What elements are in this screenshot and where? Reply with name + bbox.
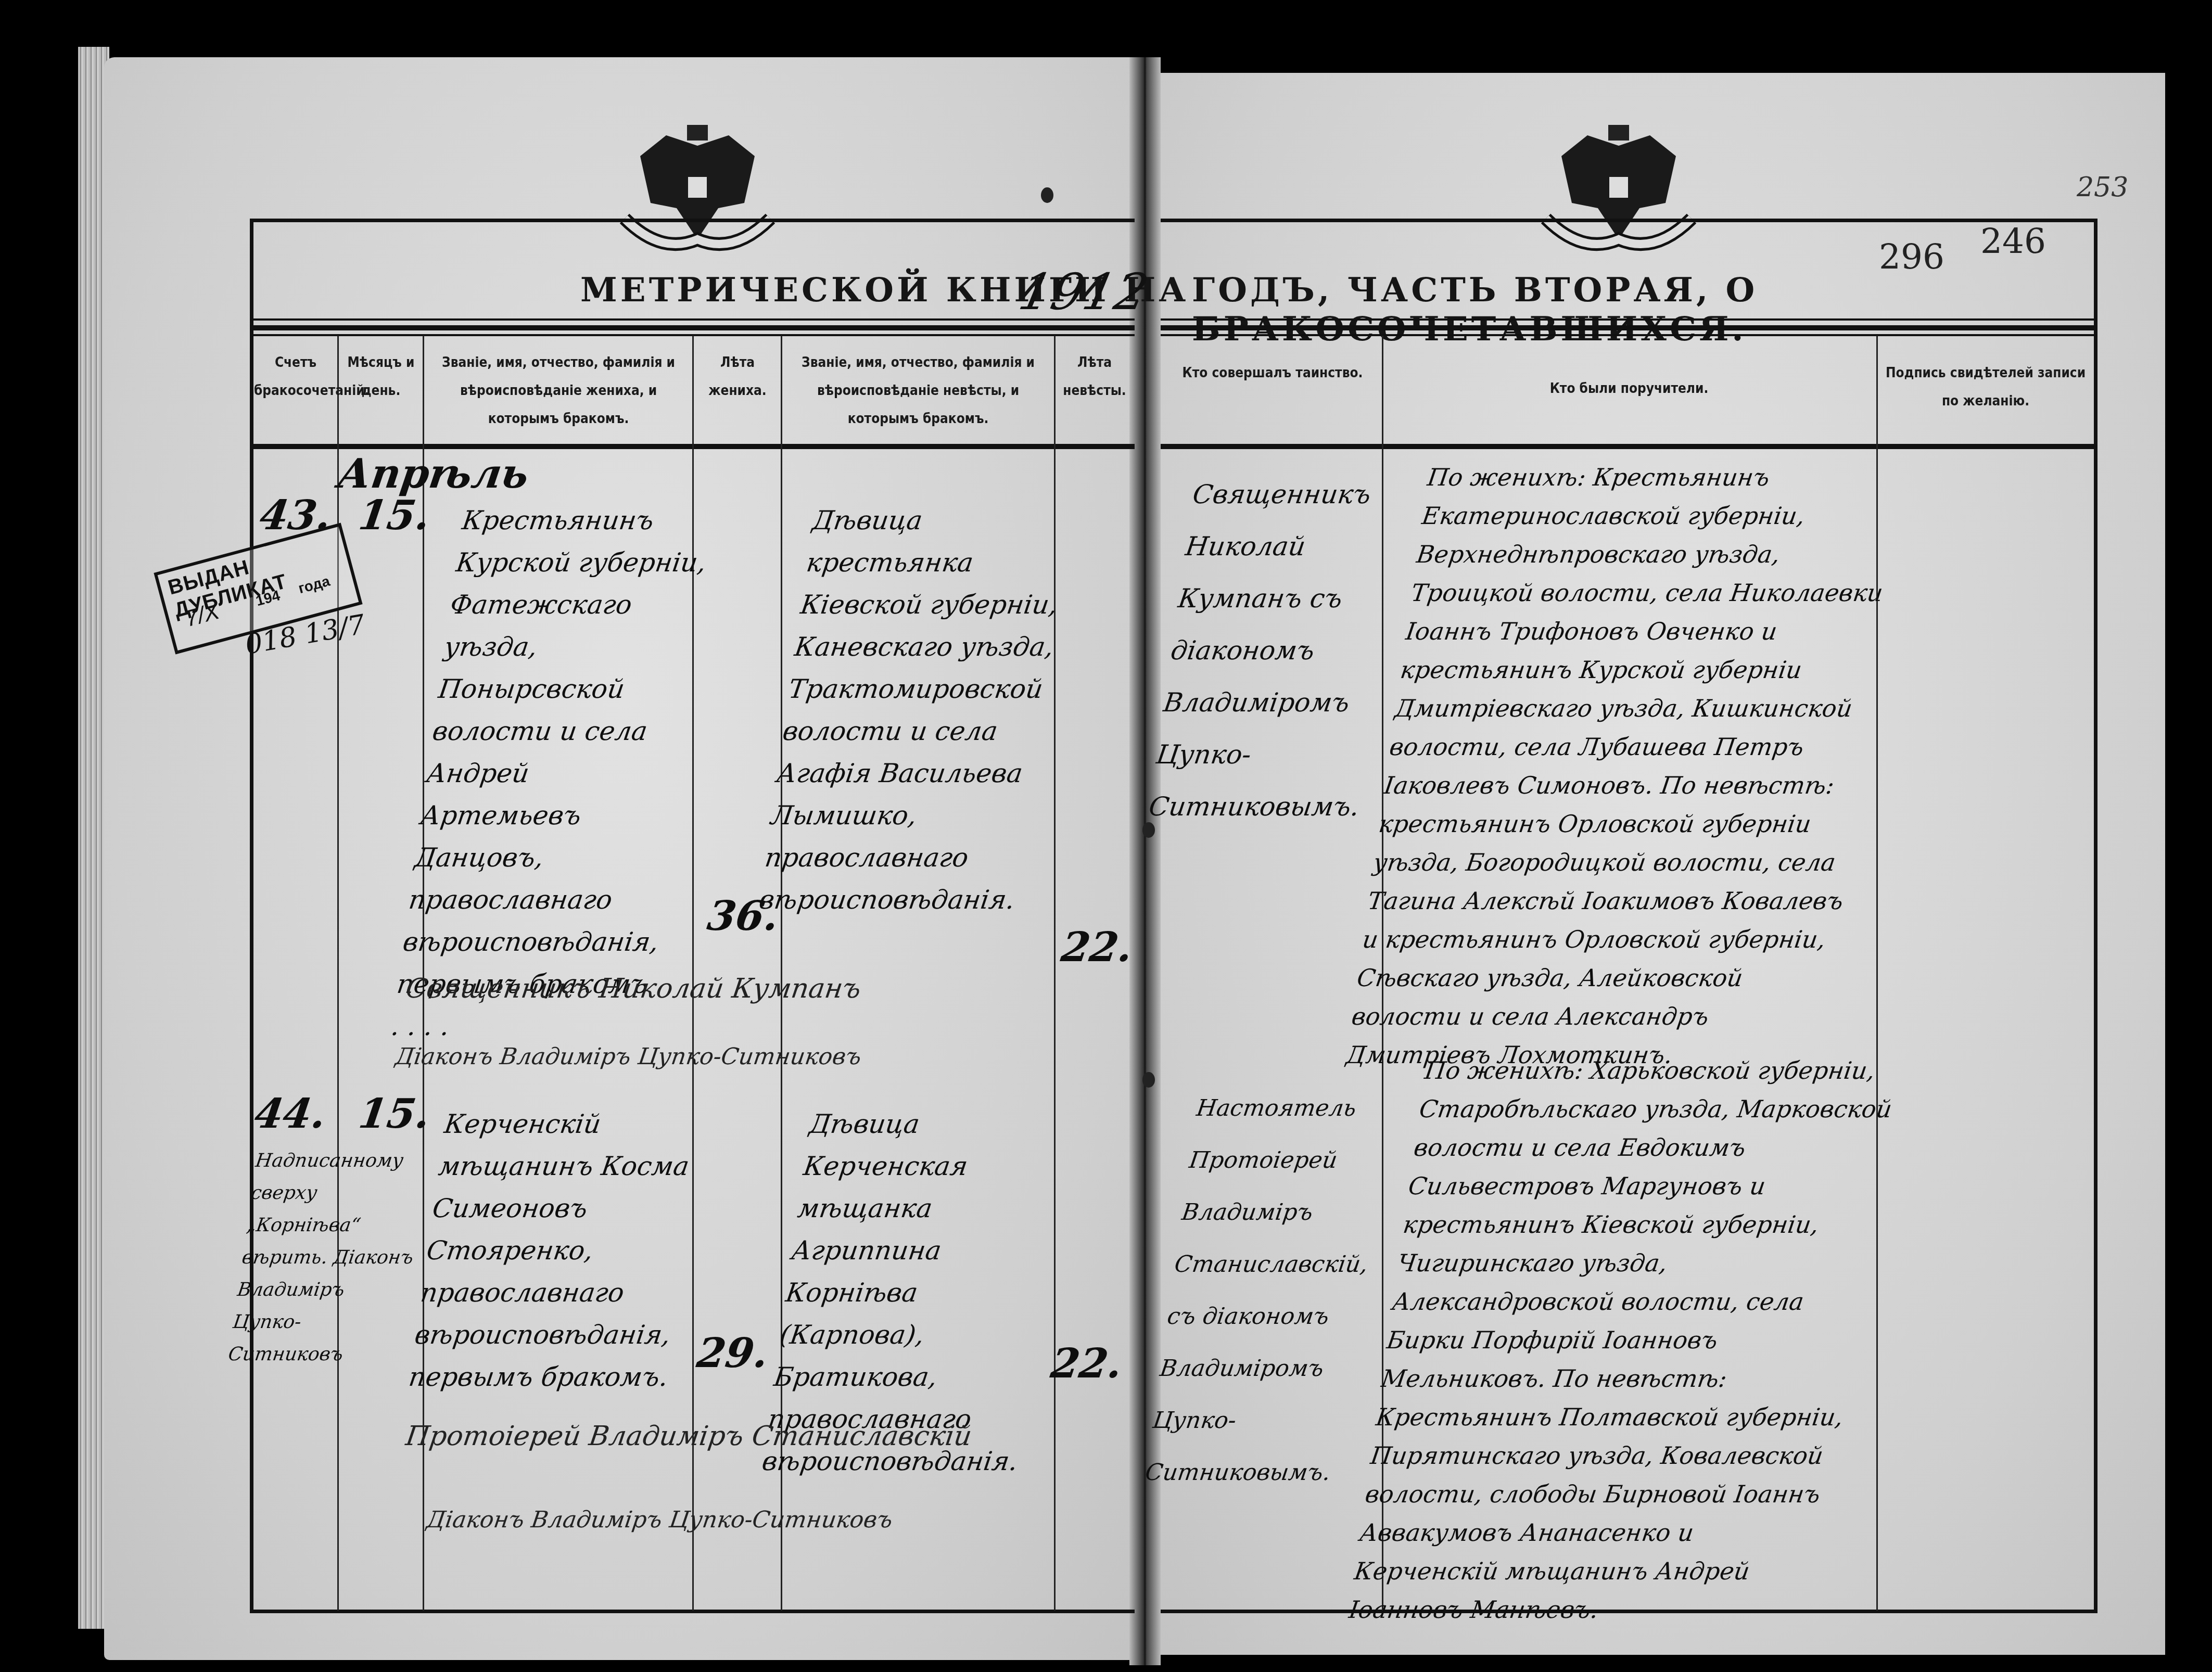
binding-thread-icon: [1041, 187, 1053, 203]
header-groom: Званіе, имя, отчество, фамилія и вѣроисп…: [425, 349, 692, 433]
entry-43-bride-age: 22.: [1059, 926, 1135, 968]
entry-44-witnesses: По женихѣ: Харьковской губерніи, Старобѣ…: [1346, 1051, 1912, 1629]
stamped-page-number: 296: [1879, 237, 1944, 277]
header-month-day: Мѣсяцъ и день.: [339, 349, 423, 405]
header-bride: Званіе, имя, отчество, фамилія и вѣроисп…: [783, 349, 1053, 433]
entry-44-bride-age: 22.: [1048, 1343, 1125, 1385]
header-rule: [1161, 318, 2095, 321]
header-rule: [250, 318, 1135, 321]
pencil-page-number: 253: [2077, 172, 2128, 203]
header-rule: [250, 325, 1135, 330]
header-groom-age: Лѣта жениха.: [694, 349, 781, 405]
header-number: Счетъ бракосочетаній.: [254, 349, 337, 405]
header-rule: [1161, 325, 2095, 330]
entry-44-signature-deacon: Діаконъ Владиміръ Цупко-Ситниковъ: [424, 1499, 895, 1541]
entry-43-signature-priest: Священникъ Николай Кумпанъ: [403, 968, 863, 1010]
entry-44-groom-age: 29.: [694, 1332, 771, 1374]
header-signatures: Подпись свидѣтелей записи по желанію.: [1879, 359, 2092, 415]
header-witnesses: Кто были поручители.: [1384, 375, 1874, 403]
entry-44-groom: Керченскій мѣщанинъ Косма Симеоновъ Стоя…: [406, 1103, 708, 1398]
entry-44-number: 44.: [252, 1093, 328, 1135]
binding-thread-icon: [1142, 1072, 1155, 1088]
header-bride-age: Лѣта невѣсты.: [1056, 349, 1134, 405]
entry-44-signature-priest: Протоіерей Владиміръ Станиславскій: [403, 1415, 974, 1458]
handwritten-year: 1912: [1014, 263, 1153, 321]
entry-44-day: 15.: [356, 1093, 433, 1135]
printed-page-number: 246: [1980, 221, 2046, 261]
title-right: годъ, часть вторая, о бракосочетавшихся.: [1192, 271, 2212, 349]
entry-44-margin-note: Надписанному сверху „Корнiѣва“ вѣрить. Д…: [226, 1145, 430, 1371]
header-rule: [1161, 334, 2095, 336]
entry-43-month: Апрѣль: [335, 453, 531, 495]
column-header-rule: [1161, 444, 2095, 449]
entry-43-signature-deacon: Діаконъ Владиміръ Цупко-Ситниковъ: [392, 1036, 864, 1078]
binding-thread-icon: [1142, 822, 1155, 838]
entry-43-witnesses: По женихѣ: Крестьянинъ Екатеринославской…: [1344, 458, 1914, 1074]
entry-43-day: 15.: [356, 494, 433, 537]
header-officiant: Кто совершалъ таинство.: [1166, 359, 1379, 387]
